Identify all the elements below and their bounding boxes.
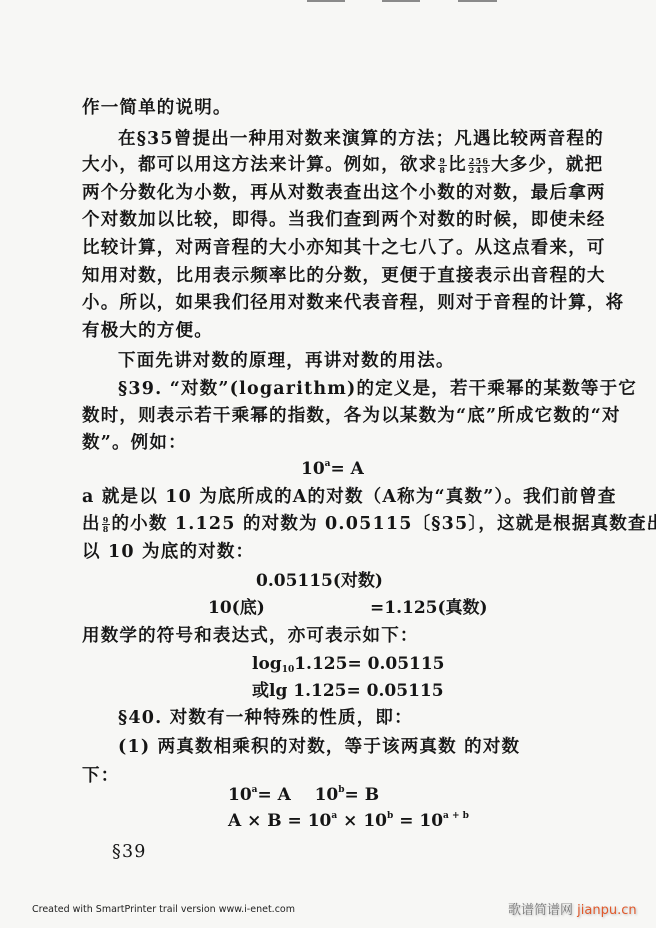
text-line: 作一简单的说明。 [82,97,232,119]
formula-10a-10b: 10a= A 10b= B [228,784,379,806]
top-rule-2 [382,0,420,2]
fraction-256-243: 256243 [468,157,490,174]
text-line: 小。所以，如果我们径用对数来代表音程，则对于音程的计算，将 [82,292,624,314]
section-heading-39: §39. “对数”(logarithm)的定义是，若干乘幂的某数等于它 [118,378,637,400]
fraction-9-8: 98 [102,516,111,533]
fraction-9-8: 98 [438,157,447,174]
text-line: (1) 两真数相乘积的对数，等于该两真数 的对数 [118,736,520,758]
text-line: 以 10 为底的对数： [82,541,254,563]
formula-product: A × B = 10a × 10b = 10a + b [228,810,469,832]
text-line: 在§35曾提出一种用对数来演算的方法；凡遇比较两音程的 [118,128,604,150]
text-line: 个对数加以比较，即得。当我们查到两个对数的时候，即使未经 [82,209,606,231]
text-line: 大小，都可以用这方法来计算。例如，欲求98比256243大多少，就把 [82,154,603,176]
formula-log10: log101.125= 0.05115 [252,653,445,675]
watermark-smartprinter: Created with SmartPrinter trail version … [32,904,295,915]
section-heading-40: §40. 对数有一种特殊的性质，即： [118,707,413,729]
text-line: 数时，则表示若干乘幂的指数，各为以某数为“底”所成它数的“对 [82,405,621,427]
page-section-marker: §39 [112,841,147,863]
text-line: 知用对数，比用表示频率比的分数，更便于直接表示出音程的大 [82,265,606,287]
formula-base: 10(底) [208,597,265,619]
formula-log-value: 0.05115(对数) [256,570,383,592]
text-segment: 大小，都可以用这方法来计算。例如，欲求 [82,155,437,175]
top-rule-1 [307,0,345,2]
top-rule-3 [458,0,497,2]
text-line: 用数学的符号和表达式，亦可表示如下： [82,625,419,647]
formula-antilog: =1.125(真数) [370,597,488,619]
text-segment: 大多少，就把 [491,155,603,175]
formula-lg: 或lg 1.125= 0.05115 [252,680,444,702]
text-line: 数”。例如： [82,432,187,454]
text-line: 两个分数化为小数，再从对数表查出这个小数的对数，最后拿两 [82,182,606,204]
text-line: 下： [82,765,119,787]
watermark-jianpu: 歌谱简谱网 jianpu.cn [508,899,637,918]
text-line: 比较计算，对两音程的大小亦知其十之七八了。从这点看来，可 [82,237,606,259]
text-line: 有极大的方便。 [82,320,213,342]
text-line: a 就是以 10 为底所成的A的对数（A称为“真数”）。我们前曾查 [82,486,617,508]
text-line: 下面先讲对数的原理，再讲对数的用法。 [118,350,455,372]
text-segment: 比 [448,155,467,175]
text-line: 出98的小数 1.125 的对数为 0.05115〔§35〕，这就是根据真数查出 [82,513,656,535]
formula-10a-equals-A: 10a= A [301,458,364,480]
